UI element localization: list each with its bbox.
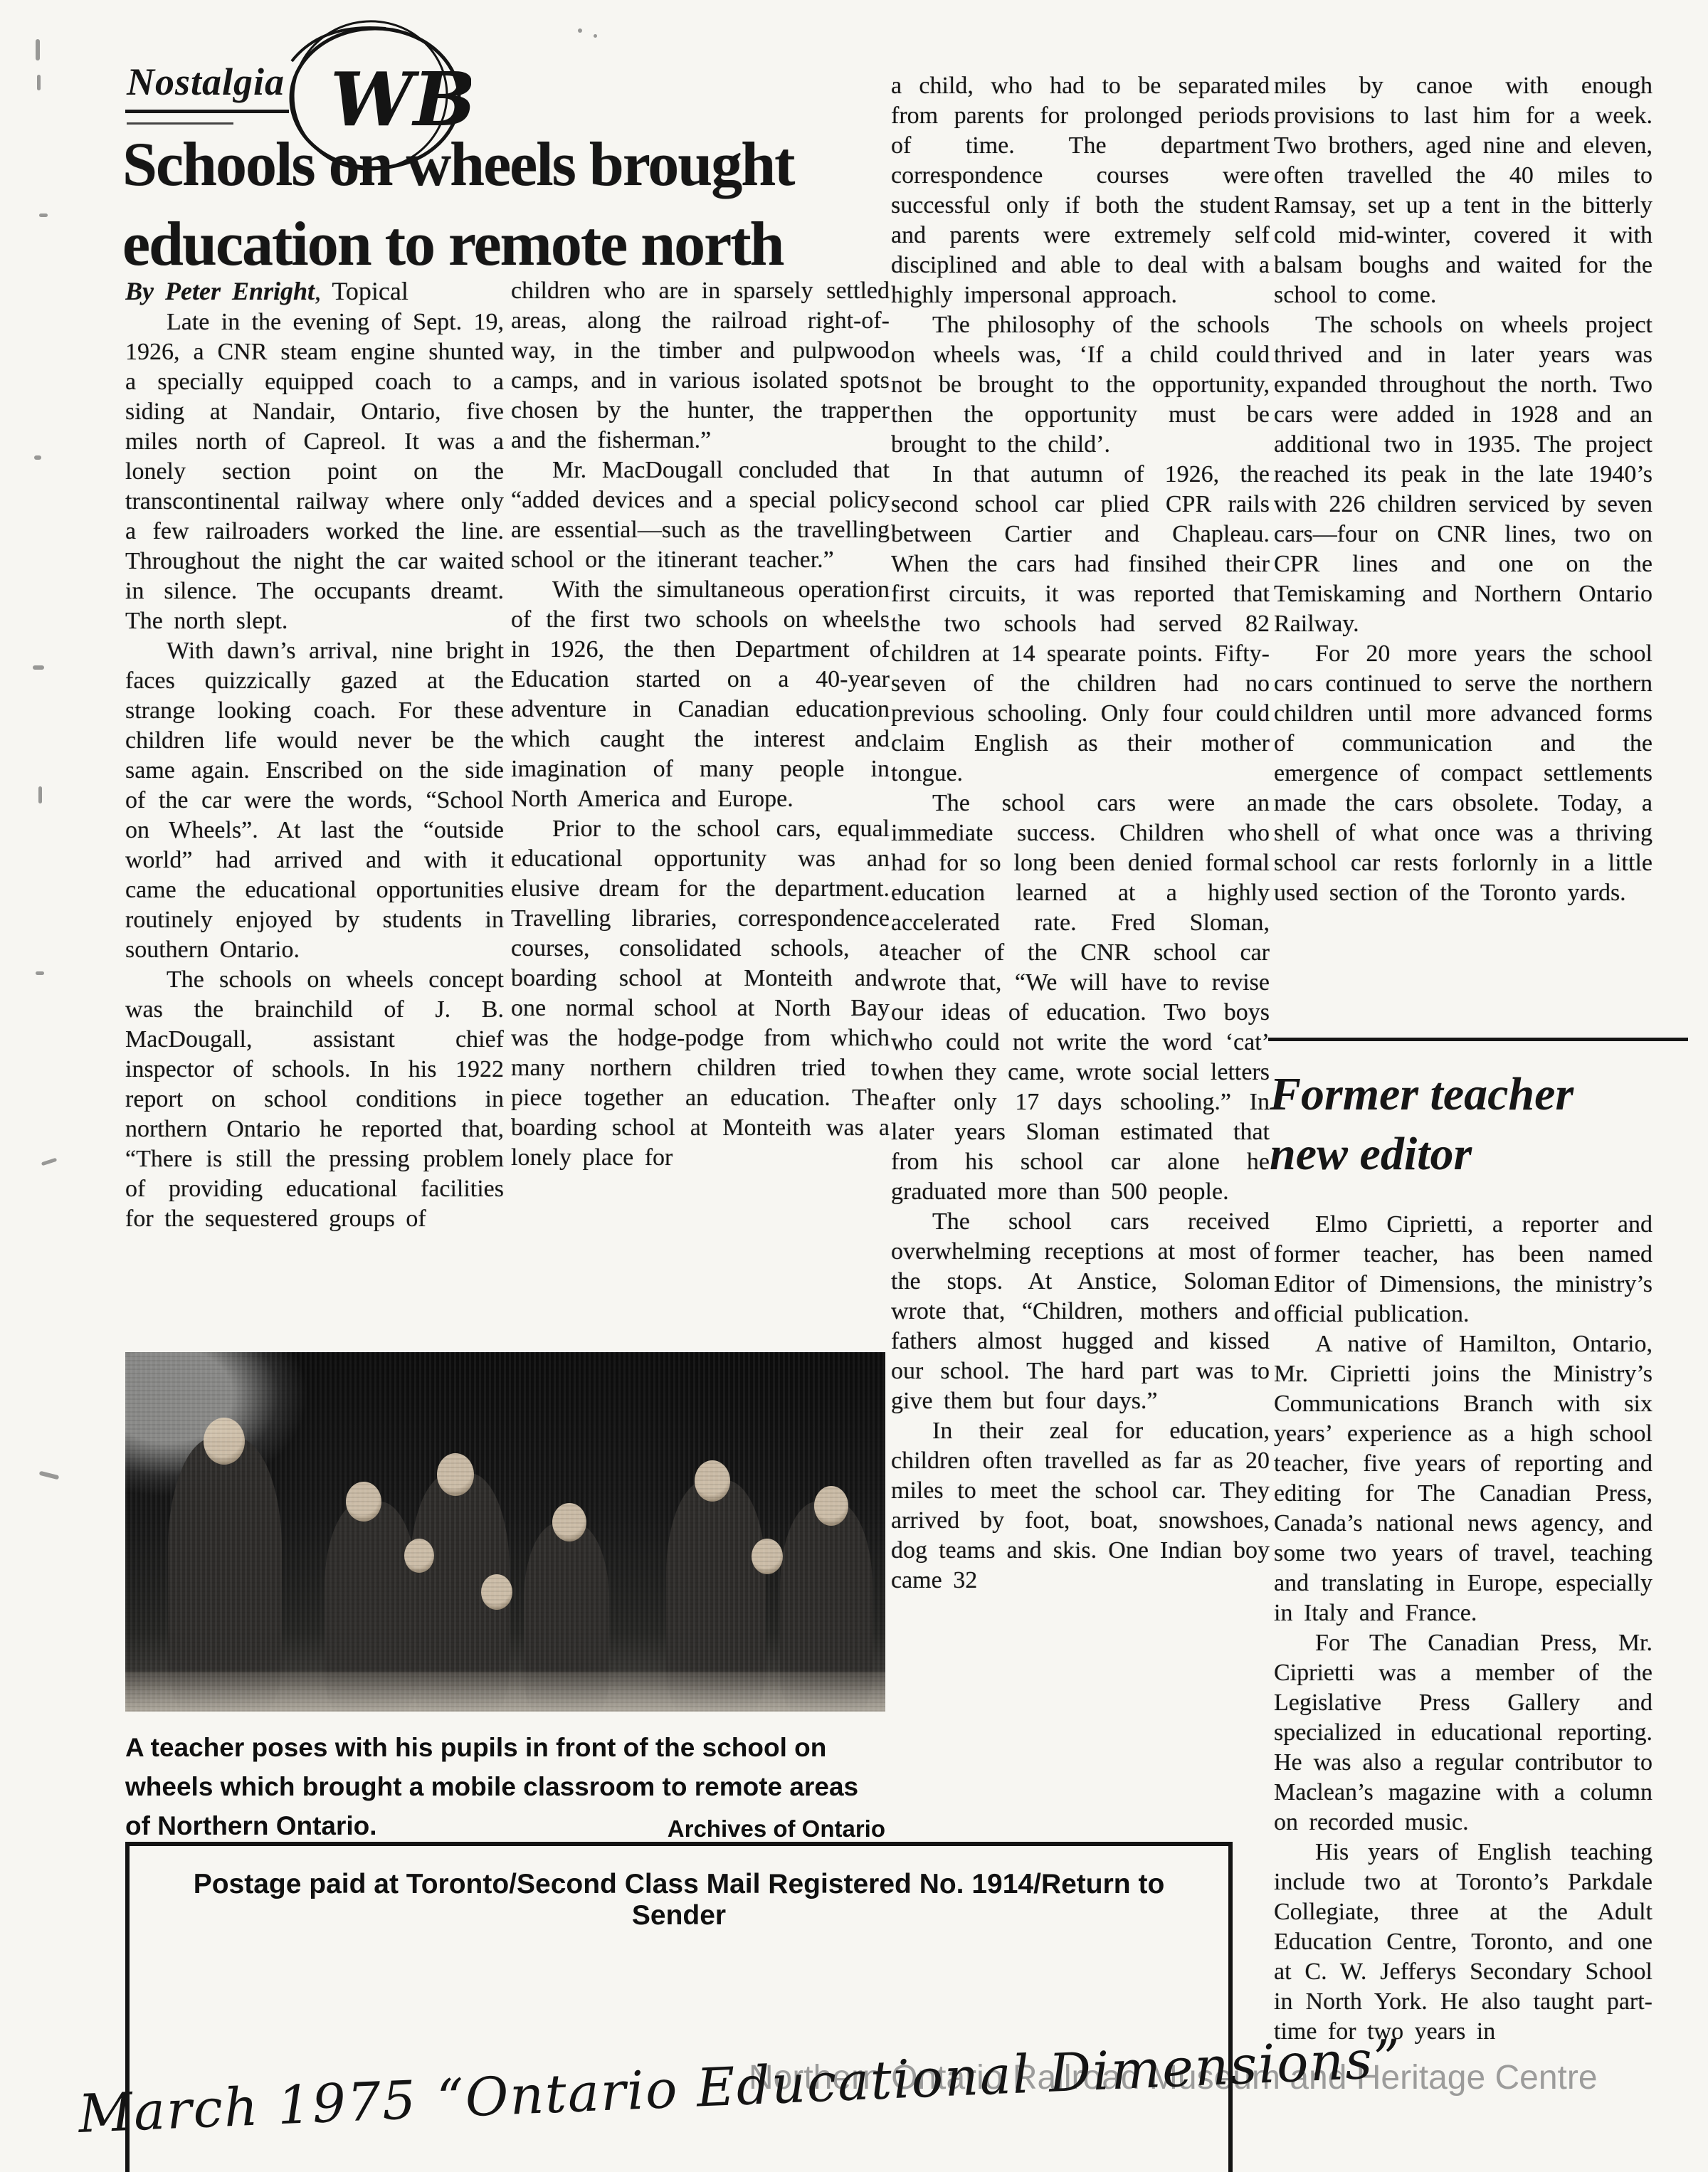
paragraph: For 20 more years the school cars contin… [1274, 639, 1652, 908]
scan-artifact [33, 665, 44, 670]
headline-line1: Schools on wheels brought [122, 130, 794, 199]
scan-artifact [39, 213, 48, 217]
paragraph: Prior to the school cars, equal educatio… [511, 814, 890, 1173]
scan-artifact [34, 455, 41, 460]
second-headline-line2: new editor [1270, 1128, 1472, 1180]
underline-stroke [127, 122, 233, 125]
headline-line2: education to remote north [122, 210, 783, 279]
scan-artifact [578, 28, 582, 33]
paragraph: The school cars were an immediate succes… [891, 789, 1270, 1207]
paragraph: a child, who had to be separated from pa… [891, 71, 1270, 310]
paragraph: His years of English teaching include tw… [1274, 1838, 1652, 2047]
scan-artifact [594, 34, 597, 38]
article-column-4: miles by canoe with enough provisions to… [1274, 71, 1652, 1033]
photo-caption: A teacher poses with his pupils in front… [125, 1728, 885, 1845]
newspaper-page: Northern Ontario Railroad Museum and Her… [0, 0, 1708, 2172]
paragraph: The schools on wheels concept was the br… [125, 965, 504, 1234]
column-1-paragraphs: Late in the evening of Sept. 19, 1926, a… [125, 307, 504, 1234]
article-column-2: children who are in sparsely settled are… [511, 276, 890, 1347]
second-headline: Former teachernew editor [1270, 1065, 1697, 1184]
paragraph: In their zeal for education, children of… [891, 1416, 1270, 1596]
byline-suffix: , Topical [315, 277, 408, 305]
paragraph: Mr. MacDougall concluded that “added dev… [511, 455, 890, 575]
scan-artifact [39, 1471, 60, 1480]
paragraph: A native of Hamilton, Ontario, Mr. Cipri… [1274, 1329, 1652, 1628]
paragraph: The philosophy of the schools on wheels … [891, 310, 1270, 460]
photo-credit: Archives of Ontario [668, 1815, 885, 1842]
postage-text: Postage paid at Toronto/Second Class Mai… [151, 1869, 1207, 1931]
paragraph: For The Canadian Press, Mr. Ciprietti wa… [1274, 1628, 1652, 1838]
paragraph: Late in the evening of Sept. 19, 1926, a… [125, 307, 504, 636]
scan-artifact [37, 75, 41, 90]
scan-artifact [36, 971, 44, 975]
byline-author: By Peter Enright [125, 277, 315, 305]
paragraph: With dawn’s arrival, nine bright faces q… [125, 636, 504, 965]
paragraph: Elmo Ciprietti, a reporter and former te… [1274, 1210, 1652, 1329]
article-column-1: By Peter Enright, Topical Late in the ev… [125, 276, 504, 1347]
paragraph: With the simultaneous operation of the f… [511, 575, 890, 814]
section-label: Nostalgia [125, 60, 289, 113]
byline: By Peter Enright, Topical [125, 276, 504, 307]
second-article-column: Elmo Ciprietti, a reporter and former te… [1274, 1210, 1652, 2172]
paragraph: children who are in sparsely settled are… [511, 276, 890, 455]
second-headline-line1: Former teacher [1270, 1068, 1573, 1120]
scan-artifact [41, 1158, 57, 1166]
paragraph: miles by canoe with enough provisions to… [1274, 71, 1652, 310]
scan-artifact [36, 39, 40, 60]
paragraph: In that autumn of 1926, the second schoo… [891, 460, 1270, 789]
photo [125, 1352, 885, 1712]
photo-grain [125, 1352, 885, 1712]
paragraph: The schools on wheels project thrived an… [1274, 310, 1652, 639]
scan-artifact [38, 786, 42, 803]
paragraph: The school cars received overwhelming re… [891, 1207, 1270, 1416]
article-column-3: a child, who had to be separated from pa… [891, 71, 1270, 1717]
section-divider [1268, 1038, 1688, 1041]
